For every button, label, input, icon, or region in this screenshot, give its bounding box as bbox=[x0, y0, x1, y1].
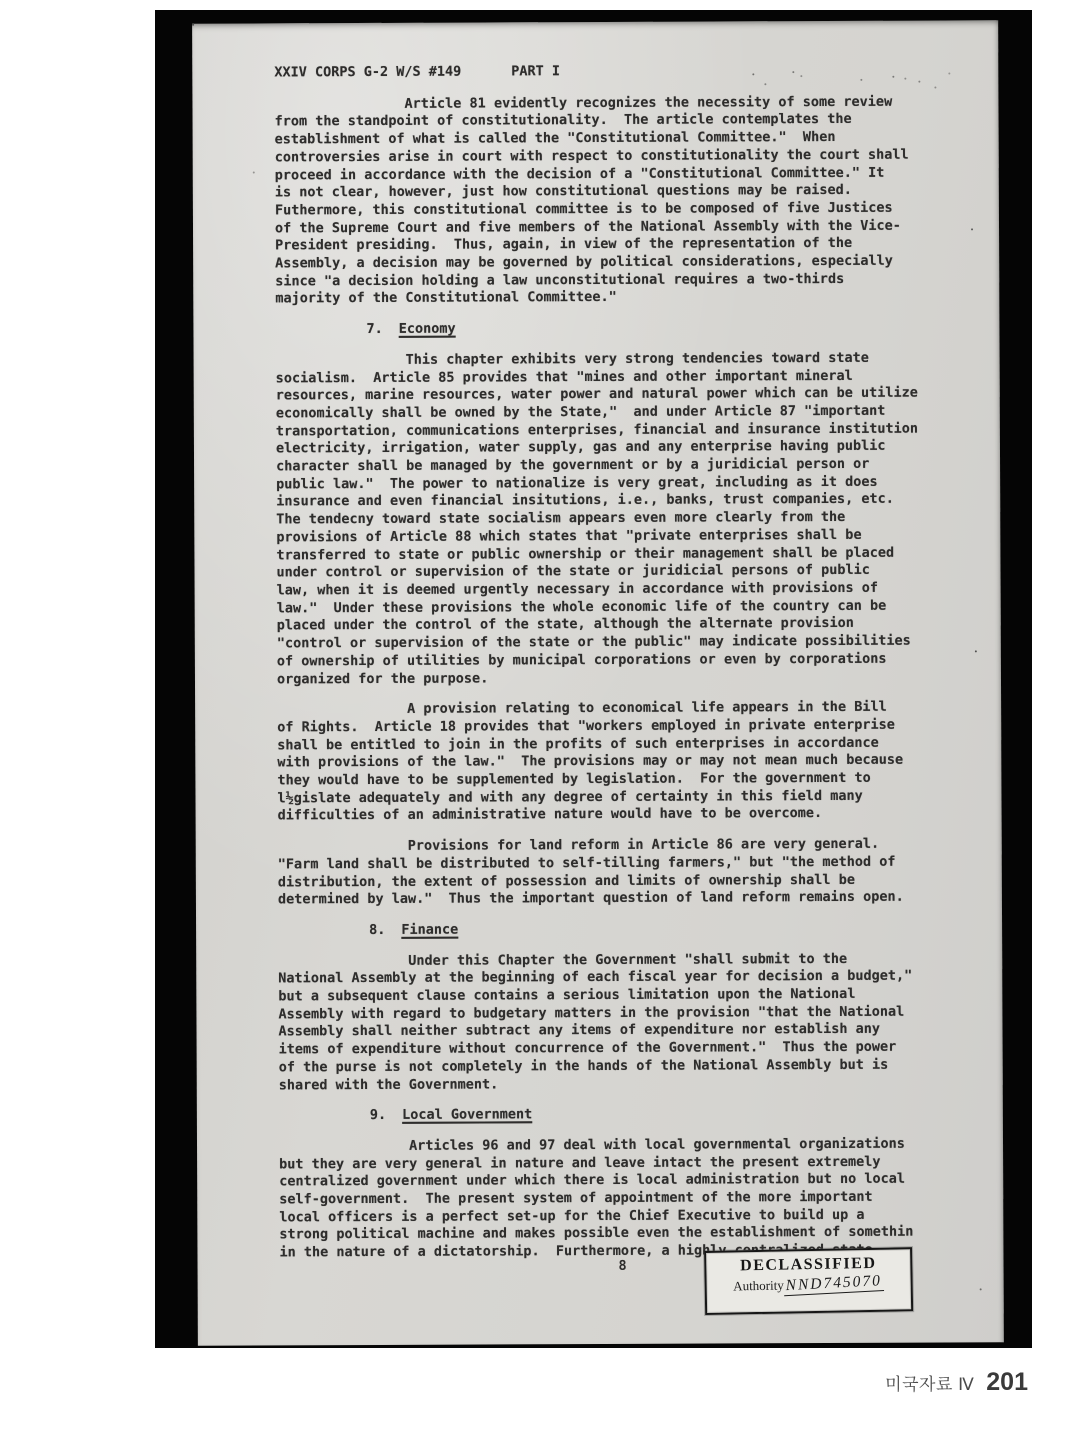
finance-paragraph-1: Under this Chapter the Government "shall… bbox=[278, 950, 959, 1095]
heading-number: 8. bbox=[369, 922, 385, 938]
document-id: XXIV CORPS G-2 W/S #149 bbox=[274, 64, 461, 81]
footer-caption: 미국자료 Ⅳ 201 bbox=[885, 1368, 1028, 1397]
local-government-paragraph-1: Articles 96 and 97 deal with local gover… bbox=[279, 1135, 960, 1262]
caption-page-number: 201 bbox=[986, 1368, 1028, 1397]
stamp-authority-line: AuthorityNND745070 bbox=[707, 1274, 911, 1297]
heading-number: 7. bbox=[366, 321, 382, 337]
heading-title: Finance bbox=[401, 922, 458, 938]
section-heading-finance: 8.Finance bbox=[278, 919, 958, 940]
ink-specks bbox=[192, 24, 194, 26]
page-number: 8 bbox=[619, 1258, 627, 1274]
declassified-stamp: DECLASSIFIED AuthorityNND745070 bbox=[704, 1247, 913, 1315]
heading-title: Local Government bbox=[402, 1107, 532, 1124]
scan-black-background: XXIV CORPS G-2 W/S #149PART I Article 81… bbox=[155, 10, 1032, 1348]
economy-paragraph-3: Provisions for land reform in Article 86… bbox=[278, 836, 958, 910]
section-heading-local-government: 9.Local Government bbox=[279, 1105, 959, 1126]
stamp-authority-number: NND745070 bbox=[783, 1272, 884, 1296]
document-part-label: PART I bbox=[511, 63, 560, 79]
heading-title: Economy bbox=[399, 321, 456, 337]
economy-paragraph-1: This chapter exhibits very strong tenden… bbox=[276, 349, 957, 688]
document-page: XXIV CORPS G-2 W/S #149PART I Article 81… bbox=[192, 20, 1004, 1346]
caption-series: 미국자료 Ⅳ bbox=[885, 1370, 974, 1395]
stamp-authority-label: Authority bbox=[733, 1278, 784, 1294]
document-body: XXIV CORPS G-2 W/S #149PART I Article 81… bbox=[274, 61, 959, 1262]
page-background: { "document": { "header": { "id": "XXIV … bbox=[0, 0, 1080, 1439]
economy-paragraph-2: A provision relating to economical life … bbox=[277, 699, 958, 826]
intro-paragraph: Article 81 evidently recognizes the nece… bbox=[274, 93, 955, 308]
document-header: XXIV CORPS G-2 W/S #149PART I bbox=[274, 61, 954, 82]
section-heading-economy: 7.Economy bbox=[275, 319, 955, 340]
heading-number: 9. bbox=[370, 1107, 386, 1123]
